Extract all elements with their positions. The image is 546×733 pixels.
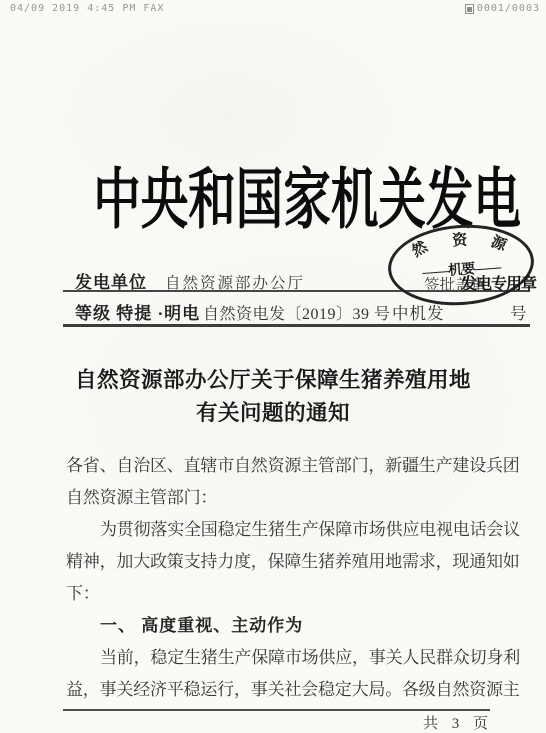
notice-title-line-1: 自然资源部办公厅关于保障生猪养殖用地 (0, 364, 546, 397)
seal-bottom-text: 发电专用章 (461, 271, 536, 294)
document-number: 自然资电发〔2019〕39 号 (203, 301, 391, 324)
fax-page-counter-group: 0001/0003 (465, 3, 540, 14)
notice-title-line-2: 有关问题的通知 (0, 397, 546, 430)
body-line-salutation-1: 各省、自治区、直辖市自然资源主管部门，新疆生产建设兵团 (66, 450, 502, 482)
body-line-para1-3: 下： (66, 578, 502, 610)
body-line-para2-1: 当前，稳定生猪生产保障市场供应，事关人民群众切身利 (66, 642, 502, 674)
fax-page-counter: 0001/0003 (477, 3, 540, 14)
page-count-label: 共 3 页 (423, 712, 493, 733)
body-line-para1-1: 为贯彻落实全国稳定生猪生产保障市场供应电视电话会议 (66, 514, 502, 546)
body-line-section-heading-1: 一、 高度重视、主动作为 (66, 610, 502, 642)
fax-page-icon-mark (467, 7, 472, 12)
scanned-fax-document: 04/09 2019 4:45 PM FAX 0001/0003 中央和国家机关… (0, 0, 546, 733)
notice-body: 各省、自治区、直辖市自然资源主管部门，新疆生产建设兵团 自然资源主管部门： 为贯… (66, 450, 502, 706)
body-line-salutation-2: 自然资源主管部门： (66, 482, 502, 514)
serial-suffix-label: 号 (510, 300, 527, 324)
grade-field: 等级 特提 ·明电 (75, 299, 200, 324)
body-line-para2-2: 益，事关经济平稳运行，事关社会稳定大局。各级自然资源主 (66, 674, 502, 706)
fax-page-icon (465, 4, 474, 14)
seal-arc-char: 资 (452, 229, 468, 251)
seal-arc-char: 源 (488, 230, 510, 255)
notice-title: 自然资源部办公厅关于保障生猪养殖用地 有关问题的通知 (0, 364, 546, 430)
seal-arc-char: 然 (407, 236, 431, 262)
fax-timestamp: 04/09 2019 4:45 PM FAX (10, 3, 164, 14)
fax-transmission-header: 04/09 2019 4:45 PM FAX 0001/0003 (10, 3, 540, 14)
form-rule-2 (63, 324, 530, 327)
footer-rule (63, 709, 490, 711)
body-line-para1-2: 精神，加大政策支持力度，保障生猪养殖用地需求，现通知如 (66, 546, 502, 578)
